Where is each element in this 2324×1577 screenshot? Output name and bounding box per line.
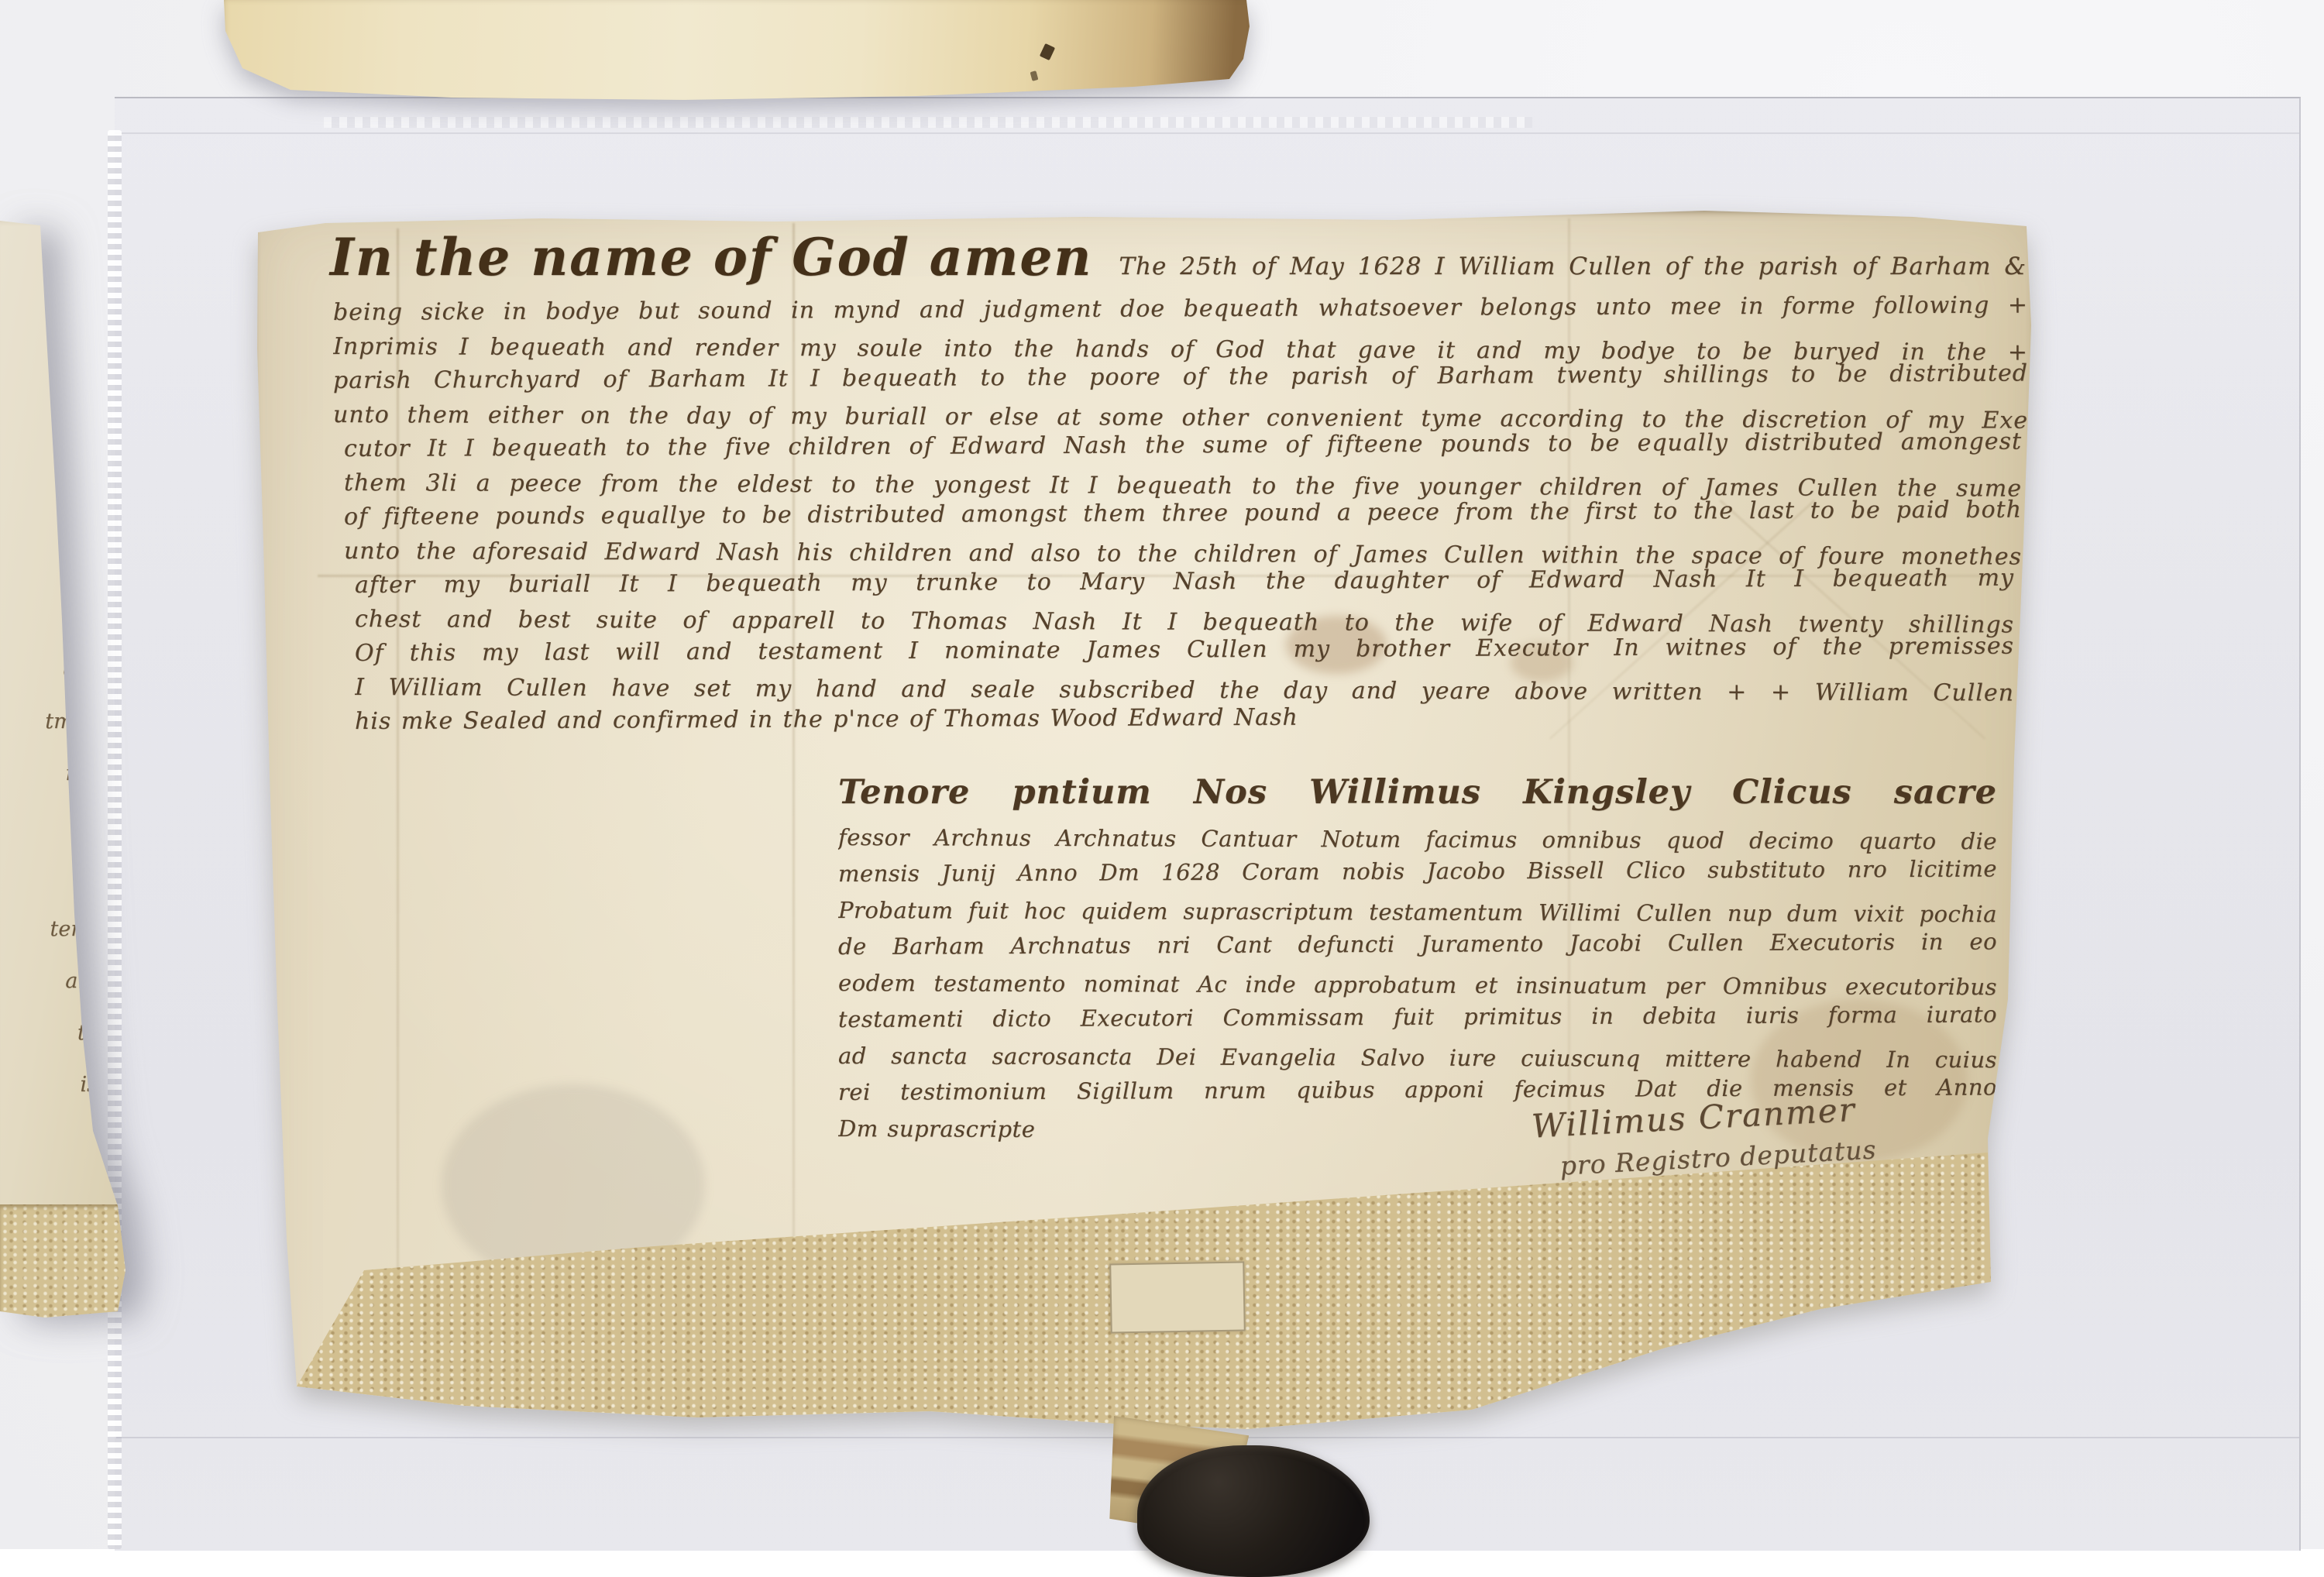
fragment-text-ending: ty [6,1007,98,1059]
fragment-text-ending: t [6,540,98,592]
ink-fleck [1040,43,1055,60]
fragment-text-ending: tend [6,903,98,955]
ink-fleck [1030,70,1039,81]
manuscript-line: Of this my last will and testament I nom… [355,630,2014,671]
heading-row: In the name of God amen The 25th of May … [330,223,2027,291]
sleeve-inner-fold-line [115,132,2299,134]
top-parchment-fragment [219,0,1251,108]
manuscript-line: being sicke in bodye but sound in mynd a… [333,288,2028,330]
left-fragment-fold-band [0,1204,129,1321]
manuscript-line: parish Churchyard of Barham It I bequeat… [333,356,2028,398]
left-parchment-fragment-surface: t nt dat tmus me o es tend am ty is [0,221,129,1321]
manuscript-line: his mke Sealed and confirmed in the p'nc… [355,698,2014,739]
fragment-text-ending: es [6,851,98,903]
fragment-text-ending: is [6,1059,98,1111]
manuscript-line: cutor It I bequeath to the five children… [344,425,2022,466]
seal-tag-slot-patch [1109,1261,1246,1333]
left-parchment-fragment: t nt dat tmus me o es tend am ty is [0,221,129,1321]
fragment-text-ending: nt [6,592,98,644]
probate-opening-line: Tenore pntium Nos Willimus Kingsley Clic… [838,768,1997,819]
fragment-text-ending: am [6,955,98,1007]
main-parchment: In the name of God amen The 25th of May … [256,209,2037,1441]
left-fragment-text-endings: t nt dat tmus me o es tend am ty is [6,540,98,1111]
probate-line: testamenti dicto Executori Commissam fui… [838,996,1997,1038]
sleeve-serrated-seal [324,117,1532,128]
fragment-text-ending: o [6,799,98,851]
main-parchment-surface: In the name of God amen The 25th of May … [256,209,2037,1441]
will-heading: In the name of God amen [330,223,1092,291]
probate-line: mensis Junij Anno Dm 1628 Coram nobis Ja… [838,850,1997,892]
will-date-line: The 25th of May 1628 I William Cullen of… [1119,223,2027,291]
fragment-text-ending: me [6,747,98,799]
manuscript-line: of fifteene pounds equallye to be distri… [344,493,2022,534]
fragment-text-ending: dat [6,644,98,696]
probate-line: de Barham Archnatus nri Cant defuncti Ju… [838,923,1997,965]
top-parchment-fragment-surface [219,0,1251,108]
manuscript-line: after my buriall It I bequeath my trunke… [355,562,2014,603]
will-body: being sicke in bodye but sound in mynd a… [333,296,2028,739]
fragment-text-ending: tmus [6,696,98,747]
